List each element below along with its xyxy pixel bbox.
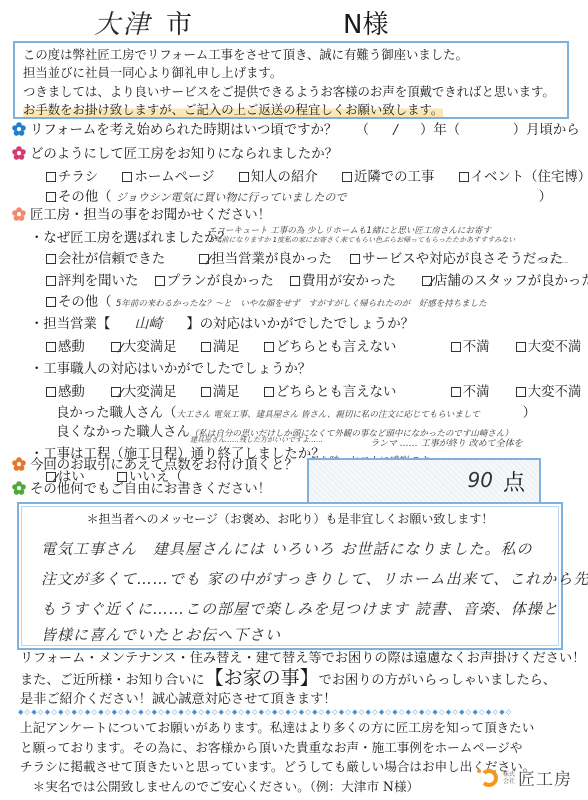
rating-neutral[interactable]: どちらとも言えない: [264, 340, 397, 355]
how-found-options: チラシ ホームページ 知人の紹介 近隣での工事 イベント（住宅博）: [46, 166, 588, 185]
why-chosen-note: 5年前になりますか 1度私の家にお寄さく来てもらい色ぶらお帰ってもらったたかあす…: [210, 235, 515, 245]
message-box[interactable]: ＊担当者へのメッセージ（お褒め、お叱り）も是非宜しくお願い致します！ 電気工事さ…: [17, 502, 563, 650]
intro-line: つきましては、より良いサービスをご提供できるようお客様のお声を頂戴できればと思い…: [23, 83, 559, 101]
footer-appeal: リフォーム・メンテナンス・住み替え・建て替え等でお困りの際は遠慮なくお声掛けくだ…: [20, 649, 585, 710]
checkbox[interactable]: [46, 172, 56, 182]
message-box-title: ＊担当者へのメッセージ（お褒め、お叱り）も是非宜しくお願い致します！: [19, 510, 561, 527]
option-referral[interactable]: 知人の紹介: [239, 170, 318, 185]
rating-very-dissatisfied[interactable]: 大変不満: [516, 385, 582, 400]
rating-moved[interactable]: 感動: [46, 340, 85, 355]
why-other-field[interactable]: 5年前の来わるかったな？〜と いやな顔をせず すがすがしく帰られたのが 好感を持…: [116, 299, 487, 309]
rating-very-satisfied[interactable]: 大変満足: [111, 340, 177, 355]
other-field[interactable]: ジョウシン電気に買い物に行っていましたので: [116, 191, 347, 204]
how-found-other: その他（ ジョウシン電気に買い物に行っていましたので ）: [46, 186, 552, 205]
why-options-row2: 評判を聞いた プランが良かった 費用が安かった 店舗のスタッフが良かった: [46, 270, 588, 289]
question-free-comment: その他何でもご自由にお書きください！: [12, 480, 271, 500]
sales-rep-name[interactable]: 山崎: [110, 313, 186, 333]
option-event[interactable]: イベント（住宅博）: [459, 170, 588, 185]
publication-notice: 上記アンケートについてお願いがあります。私達はより多くの方に匠工房を知って頂きた…: [20, 718, 535, 796]
flower-icon: [12, 146, 26, 160]
customer-name: N様: [343, 4, 388, 41]
craftsmen-question: ・工事職人の対応はいかがでしたでしょうか？: [30, 358, 311, 377]
question-how-found: どのようにして匠工房をお知りになられましたか？: [12, 145, 338, 165]
craftsmen-rating: 感動 大変満足 満足 どちらとも言えない 不満 大変不満: [46, 381, 581, 400]
logo-mark-icon: [480, 769, 498, 787]
rating-dissatisfied[interactable]: 不満: [451, 340, 490, 355]
question-reform-timing: リフォームを考え始められた時期はいつ頃ですか？ （ / ）年（ ）月頃から: [12, 121, 580, 141]
checkbox[interactable]: [46, 192, 56, 202]
city-handwritten: 大津: [94, 10, 152, 40]
message-line: 皆様に喜んでいたとお伝へ下さい: [41, 624, 281, 645]
intro-highlight: お手数をお掛け致しますが、ご記入の上ご返送の程宜しくお願い致します。: [23, 102, 443, 117]
checkbox[interactable]: [239, 172, 249, 182]
house-matters-emphasis: 【お家の事】: [205, 667, 319, 689]
option-reputation[interactable]: 評判を聞いた: [46, 274, 138, 289]
option-good-plan[interactable]: プランが良かった: [155, 274, 274, 289]
message-line: もうすぐ近くに……この部屋で楽しみを見つけます 読書、音楽、体操と: [41, 598, 559, 619]
company-logo: 株式会社 匠工房: [480, 765, 572, 790]
customer-city: 大津市: [94, 4, 192, 41]
flower-icon: [12, 207, 26, 221]
rating-dissatisfied[interactable]: 不満: [451, 385, 490, 400]
message-line: 注文が多くて……でも 家の中がすっきりして、リホーム出来て、これから先: [41, 568, 588, 589]
year-field[interactable]: /: [393, 123, 398, 138]
sales-question: ・担当営業【山崎】の対応はいかがでしたでしょうか？: [30, 313, 414, 333]
intro-line: 担当並びに社員一同心より御礼申し上げます。: [23, 64, 559, 82]
option-flyer[interactable]: チラシ: [46, 170, 98, 185]
score-value[interactable]: 90: [468, 468, 493, 492]
good-craftsmen: 良かった職人さん（大工さん 電気工事、建具屋さん 皆さん、親切に私の注文に応じて…: [56, 402, 536, 421]
intro-line: この度は弊社匠工房でリフォーム工事をさせて頂き、誠に有難う御座いました。: [23, 46, 559, 64]
logo-company-name: 匠工房: [518, 765, 572, 790]
score-unit: 点: [503, 466, 525, 497]
flower-icon: [12, 457, 26, 471]
why-chosen-label: ・なぜ匠工房を選ばれましたか？: [30, 227, 231, 246]
flower-icon: [12, 481, 26, 495]
score-box[interactable]: 90 点: [307, 458, 541, 506]
rating-moved[interactable]: 感動: [46, 385, 85, 400]
city-suffix: 市: [166, 10, 192, 40]
rating-satisfied[interactable]: 満足: [201, 340, 240, 355]
message-line: 電気工事さん 建具屋さんには いろいろ お世話になりました。私の: [41, 538, 533, 559]
option-trust[interactable]: 会社が信頼できた: [46, 252, 165, 267]
option-good-sales[interactable]: 担当営業が良かった: [199, 252, 332, 267]
intro-line: お手数をお掛け致しますが、ご記入の上ご返送の程宜しくお願い致します。: [23, 101, 559, 119]
question-about-company: 匠工房・担当の事をお聞かせください！: [12, 206, 271, 226]
intro-box: この度は弊社匠工房でリフォーム工事をさせて頂き、誠に有難う御座いました。 担当並…: [13, 41, 569, 119]
rating-very-dissatisfied[interactable]: 大変不満: [516, 340, 582, 355]
checkbox[interactable]: [459, 172, 469, 182]
option-low-cost[interactable]: 費用が安かった: [290, 274, 396, 289]
checkbox[interactable]: [342, 172, 352, 182]
checkbox[interactable]: [122, 172, 132, 182]
why-options-row1: 会社が信頼できた 担当営業が良かった サービスや対応が良さそうだった: [46, 248, 563, 267]
option-good-service[interactable]: サービスや対応が良さそうだった: [350, 252, 563, 267]
schedule-note: ランマ …… 工事が終り 改めて全体を: [370, 436, 523, 449]
option-nearby-work[interactable]: 近隣での工事: [342, 170, 434, 185]
good-craftsmen-field[interactable]: 大工さん 電気工事、建具屋さん 皆さん、親切に私の注文に応じてもらいまして: [177, 410, 480, 420]
option-homepage[interactable]: ホームページ: [122, 170, 214, 185]
option-good-staff[interactable]: 店舗のスタッフが良かった: [422, 274, 588, 289]
rating-very-satisfied[interactable]: 大変満足: [111, 385, 177, 400]
why-other: その他（ 5年前の来わるかったな？〜と いやな顔をせず すがすがしく帰られたのが…: [46, 291, 487, 310]
flower-icon: [12, 122, 26, 136]
question-score: 今回のお取引にあえて点数をお付け頂くと？: [12, 456, 298, 476]
rating-neutral[interactable]: どちらとも言えない: [264, 385, 397, 400]
sales-rating: 感動 大変満足 満足 どちらとも言えない 不満 大変不満: [46, 336, 581, 355]
rating-satisfied[interactable]: 満足: [201, 385, 240, 400]
diamond-divider: ◆◇◆◇◆◇◆◇◆◇◆◇◆◇◆◇◆◇◆◇◆◇◆◇◆◇◆◇◆◇◆◇◆◇◆◇◆◇◆◇…: [18, 708, 568, 716]
